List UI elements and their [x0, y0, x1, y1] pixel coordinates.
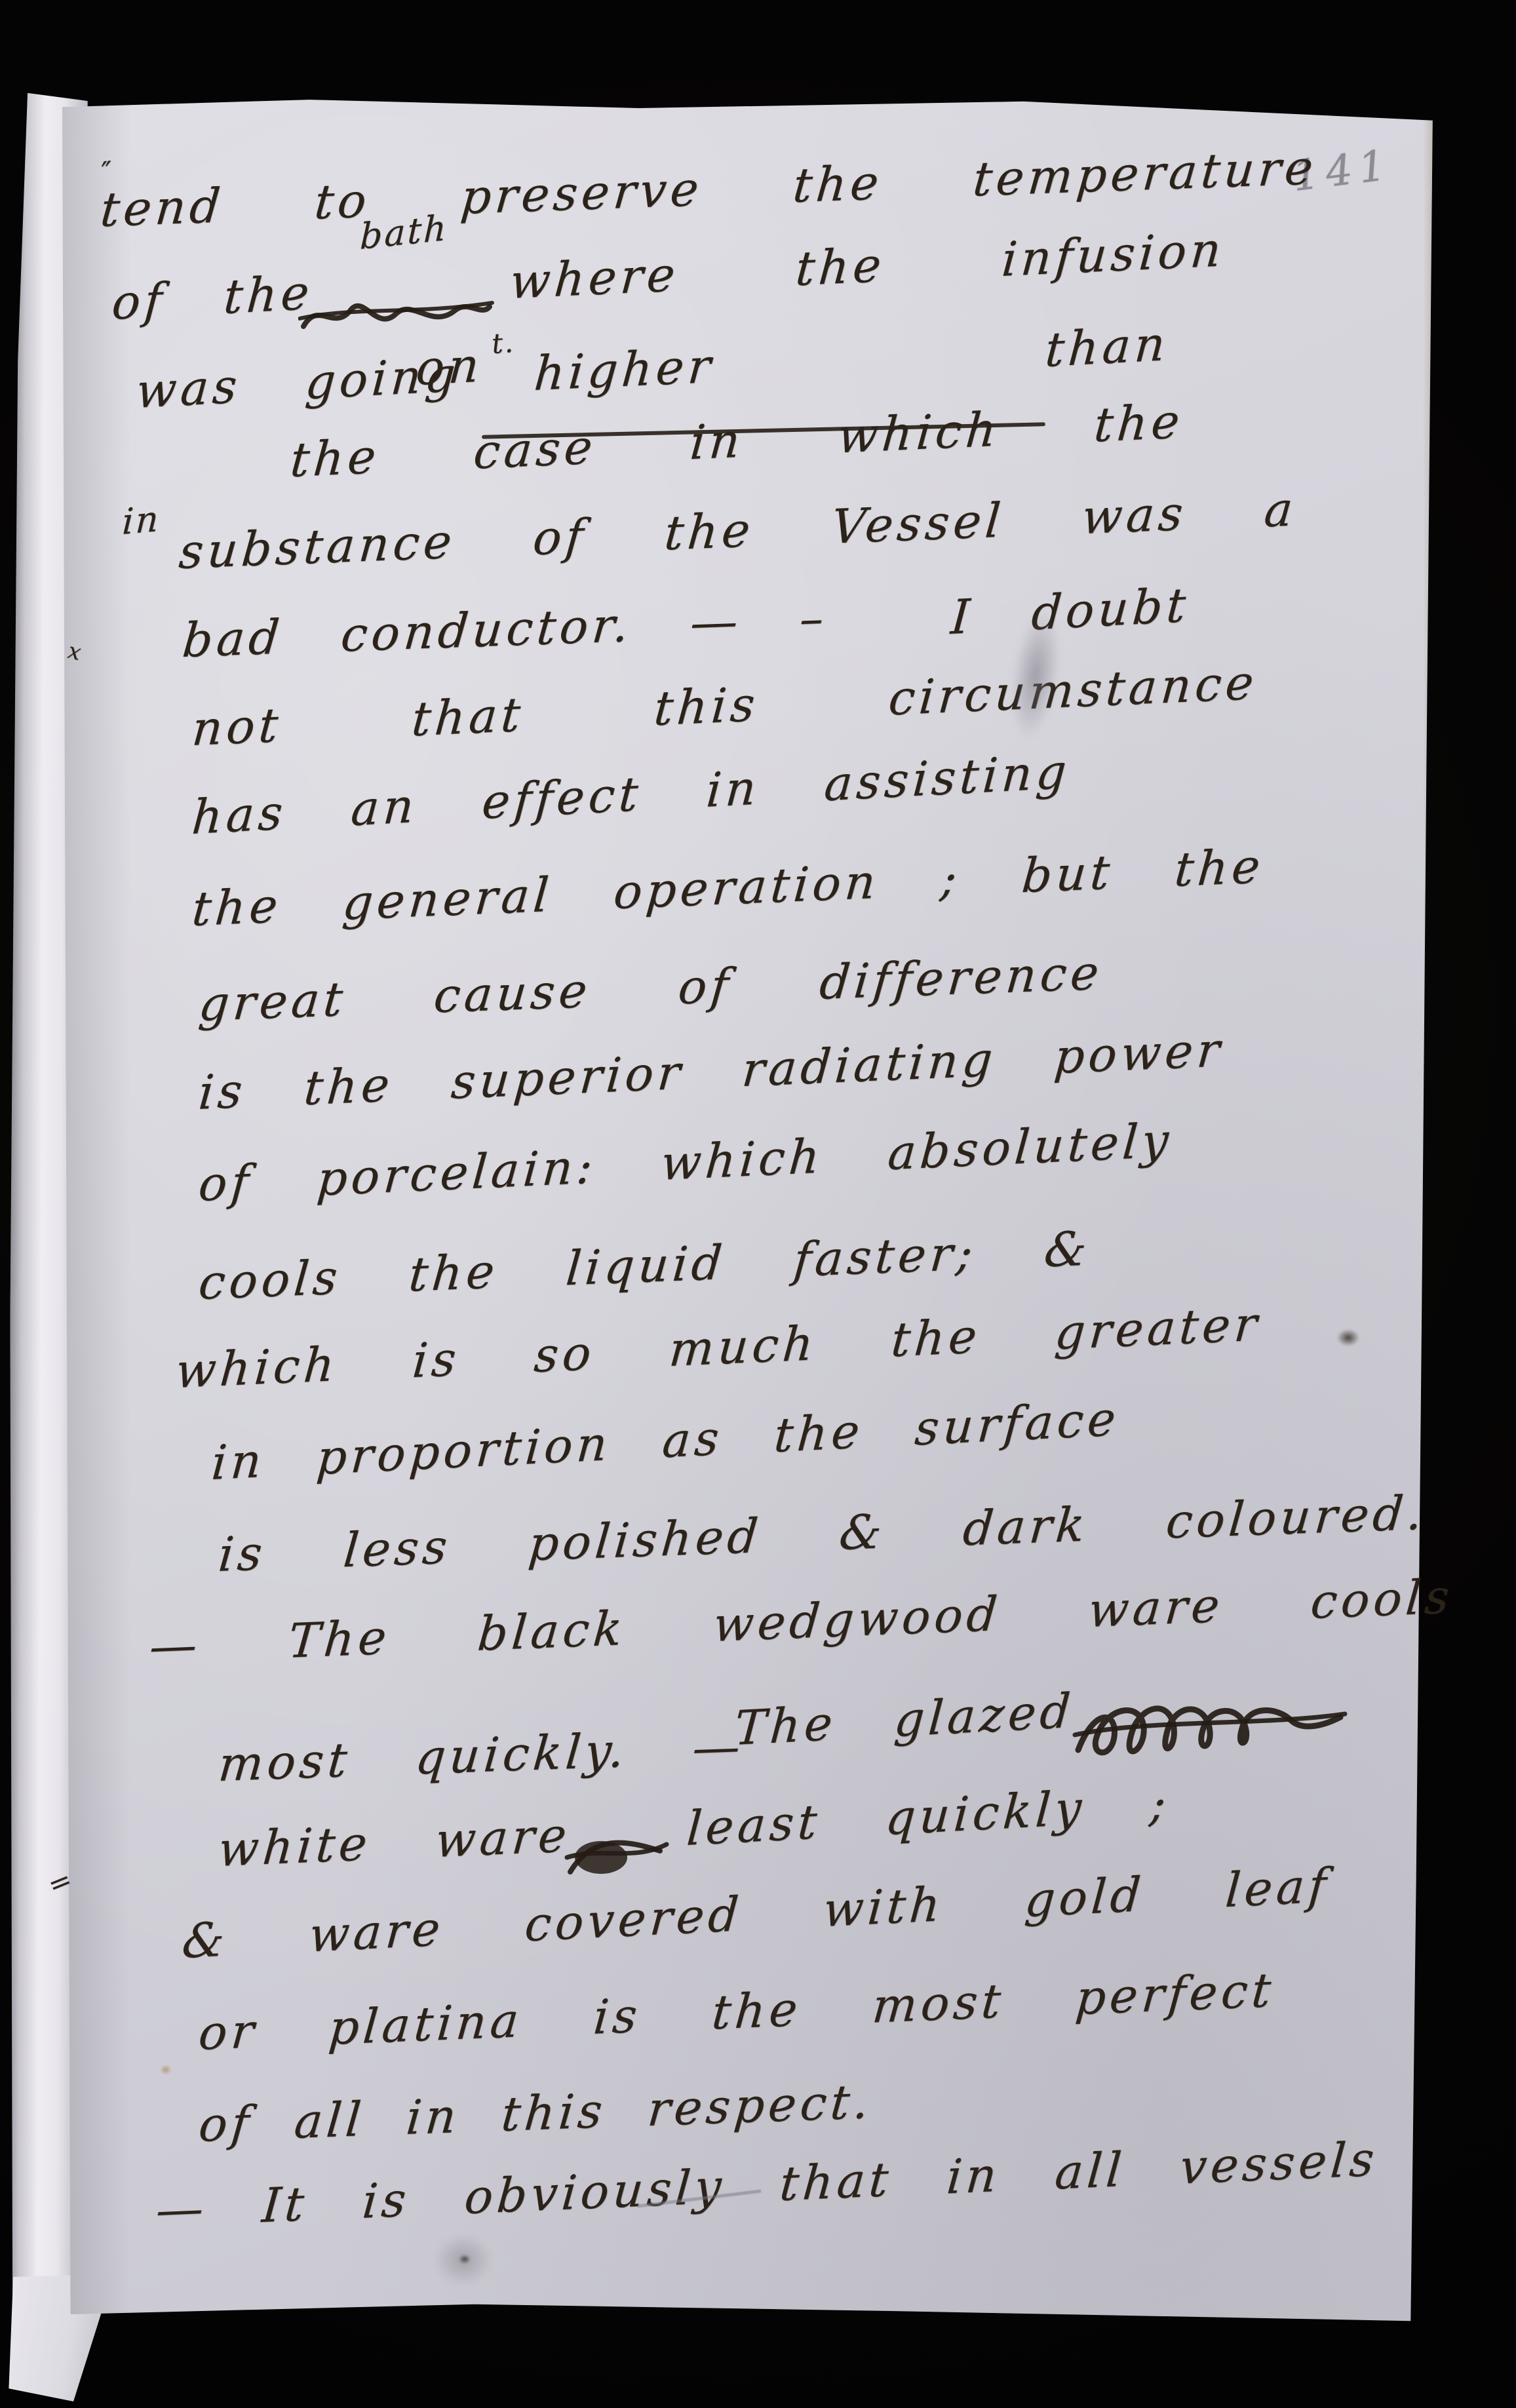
struck-out-word-scribble: [1068, 1688, 1350, 1786]
ink-smudge: [1337, 1329, 1359, 1346]
handwriting-line: of the: [110, 265, 315, 330]
inserted-word-in: in: [121, 497, 161, 543]
handwriting-line: on: [414, 337, 484, 396]
foxing-spot: [160, 2065, 172, 2075]
ink-speck: [459, 2255, 471, 2264]
underlined-word: higher: [532, 338, 716, 401]
ink-blot-scribble: [560, 1821, 672, 1893]
photograph-canvas: 141 ″ bath t. in x = tend to preserve th…: [0, 0, 1516, 2408]
handwriting-line: than: [1043, 316, 1171, 378]
struck-out-word-scribble: [298, 281, 495, 346]
